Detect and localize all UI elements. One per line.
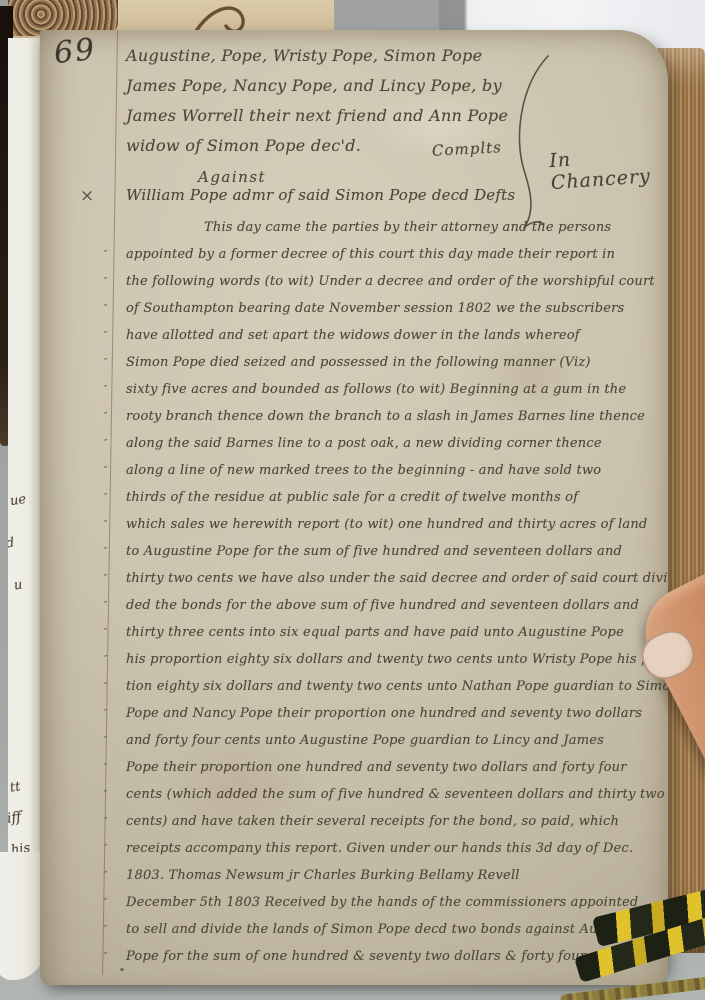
margin-tick: ″ <box>104 520 108 530</box>
line-text: Simon Pope died seized and possessed in … <box>126 355 591 370</box>
manuscript-line: ″ Simon Pope died seized and possessed i… <box>126 355 666 382</box>
manuscript-line: ″ 1803. Thomas Newsum jr Charles Burking… <box>126 868 666 895</box>
line-text: along the said Barnes line to a post oak… <box>126 436 602 451</box>
line-text: along a line of new marked trees to the … <box>126 463 601 478</box>
line-text: rooty branch thence down the branch to a… <box>126 409 645 424</box>
line-text: to sell and divide the lands of Simon Po… <box>126 922 648 937</box>
line-text: and forty four cents unto Augustine Pope… <box>126 733 604 748</box>
margin-tick: ″ <box>104 385 108 395</box>
margin-tick: ″ <box>104 358 108 368</box>
margin-tick: ″ <box>104 466 108 476</box>
margin-tick: ″ <box>104 790 108 800</box>
margin-tick: ″ <box>104 601 108 611</box>
line-text: Pope and Nancy Pope their proportion one… <box>126 706 642 721</box>
margin-tick: ″ <box>104 547 108 557</box>
margin-tick: ″ <box>104 709 108 719</box>
defendant-line: William Pope admr of said Simon Pope dec… <box>126 186 515 204</box>
margin-tick: ″ <box>104 304 108 314</box>
facing-page-text-fragment: tt <box>9 779 21 795</box>
manuscript-line: ″ receipts accompany this report. Given … <box>126 841 666 868</box>
page-number: 69 <box>52 32 98 71</box>
manuscript-line: ″ Pope their proportion one hundred and … <box>126 760 666 787</box>
manuscript-line: ″ rooty branch thence down the branch to… <box>126 409 666 436</box>
line-text: thirty three cents into six equal parts … <box>126 625 624 640</box>
line-text: the following words (to wit) Under a dec… <box>126 274 655 289</box>
margin-tick: ″ <box>104 817 108 827</box>
manuscript-line: ″ December 5th 1803 Received by the hand… <box>126 895 666 922</box>
line-text: tion eighty six dollars and twenty two c… <box>126 679 679 694</box>
manuscript-page: 69 Augustine, Pope, Wristy Pope, Simon P… <box>40 30 668 985</box>
manuscript-line: ″ to sell and divide the lands of Simon … <box>126 922 666 949</box>
line-text: Pope their proportion one hundred and se… <box>126 760 627 775</box>
manuscript-line: ″ the following words (to wit) Under a d… <box>126 274 666 301</box>
margin-tick: ″ <box>104 331 108 341</box>
margin-tick: ″ <box>104 736 108 746</box>
manuscript-line: ″ cents (which added the sum of five hun… <box>126 787 666 814</box>
manuscript-line: ″ This day came the parties by their att… <box>126 220 666 247</box>
manuscript-line: ″ thirds of the residue at public sale f… <box>126 490 666 517</box>
manuscript-line: ″ have allotted and set apart the widows… <box>126 328 666 355</box>
margin-tick: ″ <box>104 250 108 260</box>
margin-tick: ″ <box>104 412 108 422</box>
facing-page-edge: ue d u tt iff his <box>8 38 43 958</box>
manuscript-line: ″ Pope and Nancy Pope their proportion o… <box>126 706 666 733</box>
manuscript-line: ″ along the said Barnes line to a post o… <box>126 436 666 463</box>
grouping-brace <box>508 52 558 232</box>
decree-body-text: ″ This day came the parties by their att… <box>126 220 666 976</box>
manuscript-line: ″ which sales we herewith report (to wit… <box>126 517 666 544</box>
manuscript-line: ″ ded the bonds for the above sum of fiv… <box>126 598 666 625</box>
margin-tick: ″ <box>104 574 108 584</box>
margin-tick: ″ <box>104 925 108 935</box>
manuscript-line: ″ sixty five acres and bounded as follow… <box>126 382 666 409</box>
margin-tick: ″ <box>104 871 108 881</box>
line-text: cents (which added the sum of five hundr… <box>126 787 665 802</box>
margin-tick: ″ <box>104 277 108 287</box>
line-text: of Southampton bearing date November ses… <box>126 301 624 316</box>
against-label: Against <box>198 168 266 186</box>
line-text: ded the bonds for the above sum of five … <box>126 598 639 613</box>
in-chancery-label: In Chancery <box>549 142 670 194</box>
manuscript-line: ″ to Augustine Pope for the sum of five … <box>126 544 666 571</box>
facing-page-text-fragment: iff <box>8 809 22 827</box>
line-text: to Augustine Pope for the sum of five hu… <box>126 544 622 559</box>
margin-tick: ″ <box>104 628 108 638</box>
manuscript-line: ″ appointed by a former decree of this c… <box>126 247 666 274</box>
manuscript-line: ″ tion eighty six dollars and twenty two… <box>126 679 666 706</box>
margin-tick: ″ <box>104 682 108 692</box>
margin-tick: ″ <box>104 439 108 449</box>
margin-tick: ″ <box>104 898 108 908</box>
line-text: appointed by a former decree of this cou… <box>126 247 615 262</box>
margin-tick: ″ <box>104 493 108 503</box>
complainants-label: Complts <box>432 138 503 160</box>
manuscript-line: ″ of Southampton bearing date November s… <box>126 301 666 328</box>
line-text: cents) and have taken their several rece… <box>126 814 619 829</box>
manuscript-line: ″ along a line of new marked trees to th… <box>126 463 666 490</box>
facing-page-text-fragment: ue <box>9 492 27 509</box>
line-text: Pope for the sum of one hundred & sevent… <box>126 949 627 964</box>
thumb <box>630 558 705 818</box>
manuscript-line: ″ his proportion eighty six dollars and … <box>126 652 666 679</box>
manuscript-line: ″ cents) and have taken their several re… <box>126 814 666 841</box>
line-text: which sales we herewith report (to wit) … <box>126 517 647 532</box>
manuscript-line: ″ thirty three cents into six equal part… <box>126 625 666 652</box>
margin-tick: ″ <box>104 952 108 962</box>
manuscript-line: ″ and forty four cents unto Augustine Po… <box>126 733 666 760</box>
line-text: December 5th 1803 Received by the hands … <box>126 895 638 910</box>
line-text: thirty two cents we have also under the … <box>126 571 668 586</box>
line-text: 1803. Thomas Newsum jr Charles Burking B… <box>126 868 520 883</box>
facing-page-text-fragment: u <box>13 577 23 593</box>
margin-x-mark: × <box>80 186 94 206</box>
facing-page-text-fragment: d <box>8 535 15 551</box>
table-speck <box>120 968 124 971</box>
margin-tick: ″ <box>104 763 108 773</box>
photograph-of-record-book: ue d u tt iff his 69 Augustine, Pope, Wr… <box>0 0 705 1000</box>
margin-tick: ″ <box>104 844 108 854</box>
manuscript-line: ″ thirty two cents we have also under th… <box>126 571 666 598</box>
thumb-holding-page <box>616 598 705 828</box>
line-text: sixty five acres and bounded as follows … <box>126 382 626 397</box>
line-text: thirds of the residue at public sale for… <box>126 490 578 505</box>
margin-tick: ″ <box>104 655 108 665</box>
line-text: have allotted and set apart the widows d… <box>126 328 580 343</box>
line-text: his proportion eighty six dollars and tw… <box>126 652 687 667</box>
line-text: This day came the parties by their attor… <box>204 220 611 235</box>
line-text: receipts accompany this report. Given un… <box>126 841 633 856</box>
